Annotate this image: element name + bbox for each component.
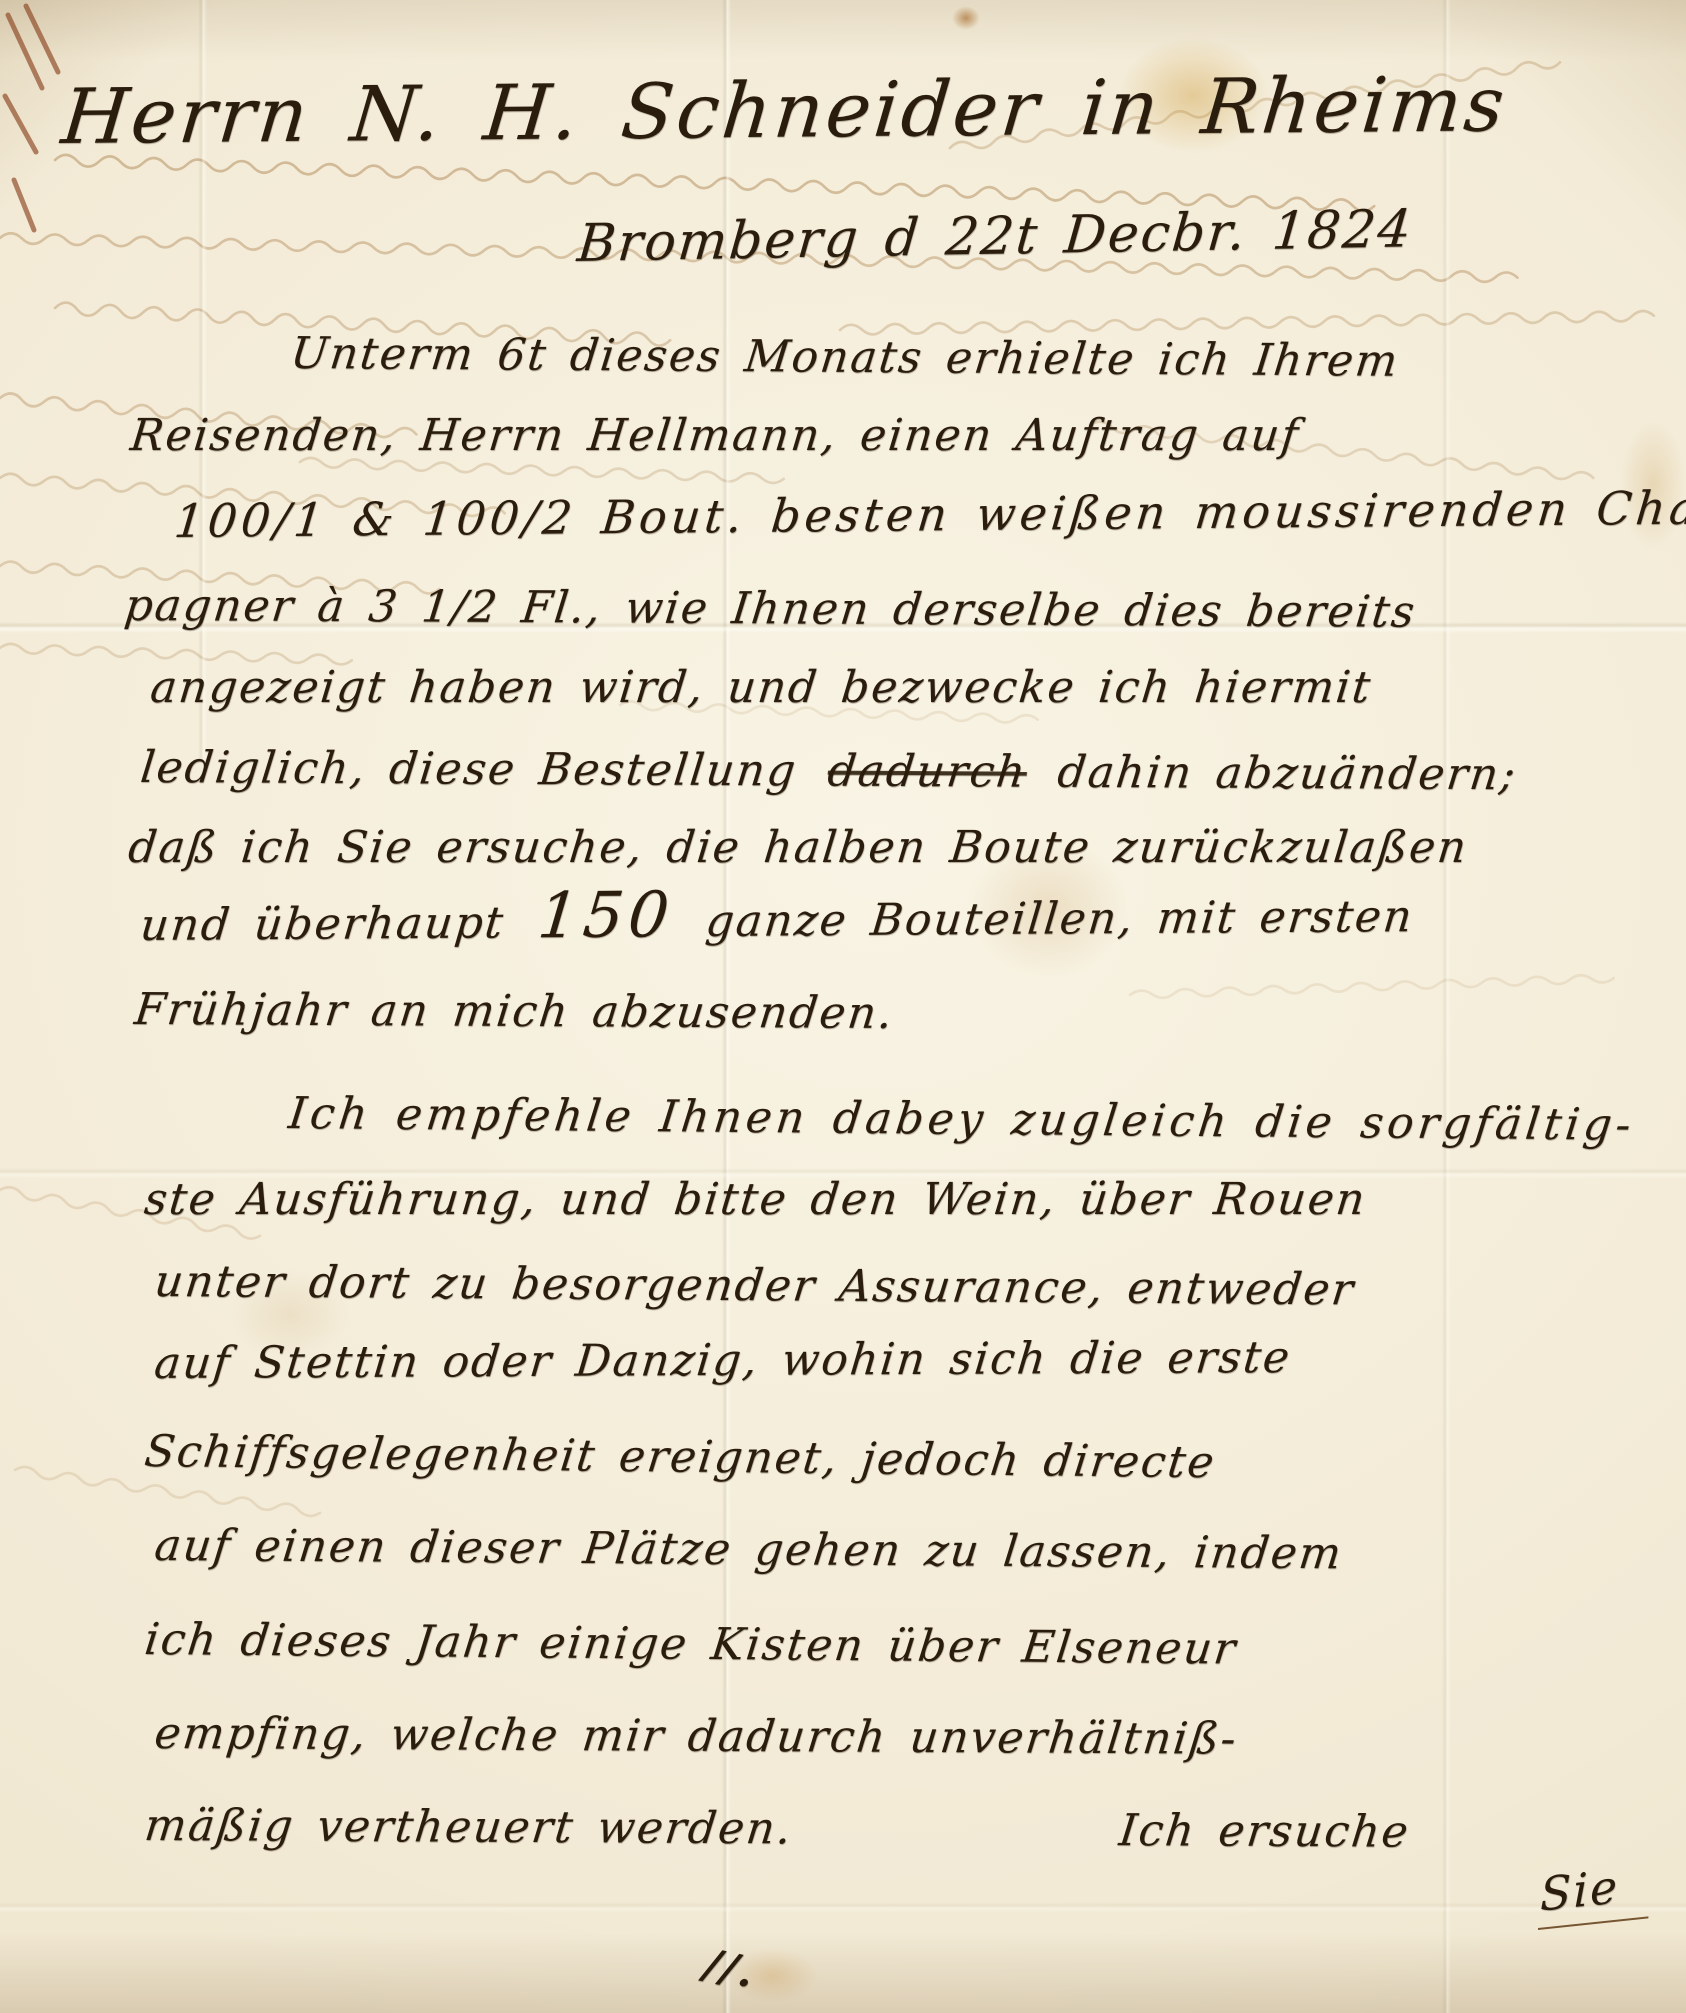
- letter-line: ste Ausführung, und bitte den Wein, über…: [142, 1174, 1369, 1225]
- letter-page: Herrn N. H. Schneider in Rheims Bromberg…: [0, 0, 1686, 2013]
- fold-crease-horizontal: [0, 1902, 1686, 1913]
- letter-line: 100/1 & 100/2 Bout. besten weißen moussi…: [172, 480, 1686, 548]
- page-mark: //.: [700, 1939, 760, 1998]
- line-text: ganze Bouteillen, mit ersten: [703, 891, 1416, 947]
- letter-line: und überhaupt 150 ganze Bouteillen, mit …: [138, 891, 1416, 951]
- quantity-150: 150: [525, 878, 687, 952]
- letter-line: angezeigt haben wird, und bezwecke ich h…: [148, 662, 1375, 713]
- letter-line: auf Stettin oder Danzig, wohin sich die …: [152, 1332, 1294, 1389]
- letter-line: Frühjahr an mich abzusenden.: [132, 984, 897, 1039]
- line-text: Ich ersuche: [1117, 1805, 1413, 1857]
- letter-line: pagner à 3 1/2 Fl., wie Ihnen derselbe d…: [122, 580, 1419, 638]
- letter-line: daß ich Sie ersuche, die halben Boute zu…: [126, 822, 1471, 873]
- letter-line: Schiffsgelegenheit ereignet, jedoch dire…: [142, 1426, 1219, 1488]
- letter-dateline: Bromberg d 22t Decbr. 1824: [575, 199, 1415, 274]
- line-text: lediglich, diese Bestellung: [138, 742, 800, 796]
- letter-line: Reisenden, Herrn Hellmann, einen Auftrag…: [128, 410, 1302, 461]
- crossed-out-word: dadurch: [817, 746, 1038, 798]
- letter-line: Unterm 6t dieses Monats erhielte ich Ihr…: [288, 328, 1402, 387]
- stain: [952, 6, 980, 30]
- letter-line: auf einen dieser Plätze gehen zu lassen,…: [152, 1520, 1346, 1579]
- letter-line: unter dort zu besorgender Assurance, ent…: [152, 1256, 1358, 1315]
- line-text: dahin abzuändern;: [1055, 747, 1520, 800]
- letter-line: lediglich, diese Bestellung dadurch dahi…: [138, 742, 1520, 800]
- catchword: Sie: [1538, 1856, 1649, 1930]
- letter-heading: Herrn N. H. Schneider in Rheims: [58, 59, 1511, 161]
- letter-line: ich dieses Jahr einige Kisten über Elsen…: [142, 1614, 1240, 1674]
- fold-crease-vertical: [1442, 0, 1451, 2013]
- letter-line: mäßig vertheuert werden. Ich ersuche: [142, 1800, 1413, 1858]
- line-text: und überhaupt: [138, 897, 507, 951]
- letter-line: Ich empfehle Ihnen dabey zugleich die so…: [286, 1088, 1637, 1151]
- line-text: mäßig vertheuert werden.: [142, 1800, 796, 1854]
- corner-ink-marks: [5, 6, 58, 230]
- letter-line: empfing, welche mir dadurch unverhältniß…: [152, 1708, 1240, 1765]
